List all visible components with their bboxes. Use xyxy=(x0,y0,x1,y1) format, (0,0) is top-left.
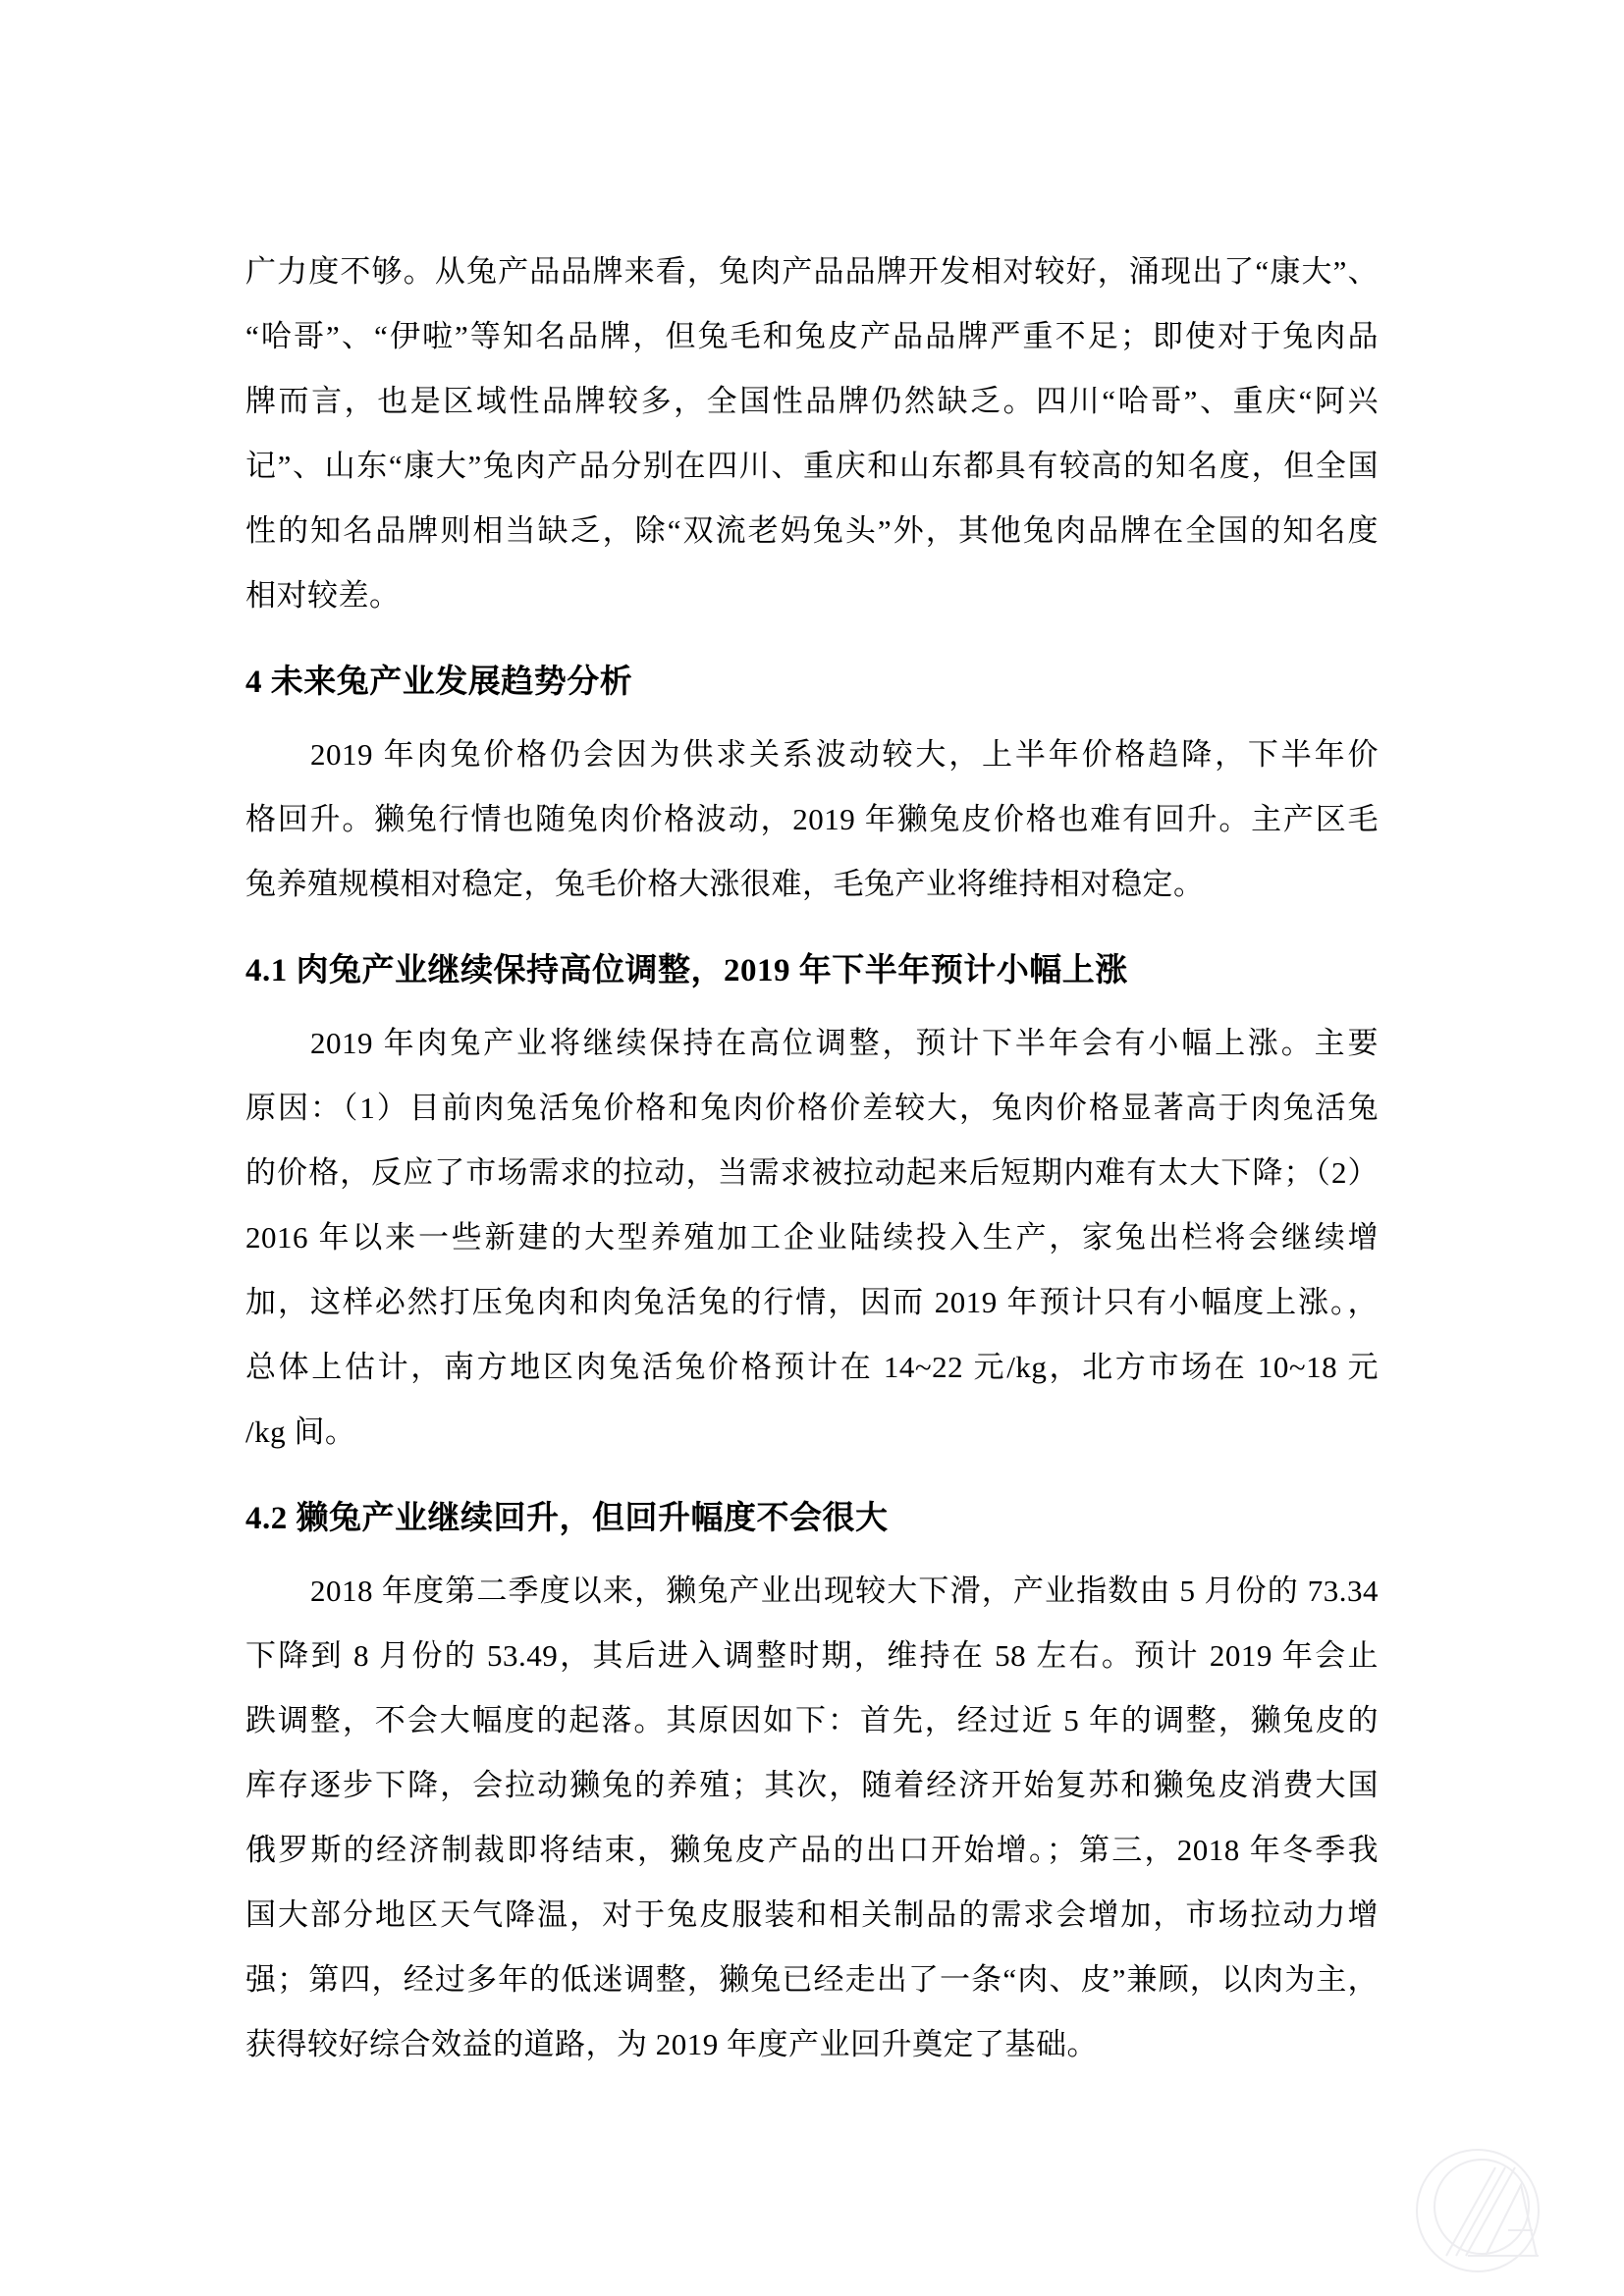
text-content: 广力度不够。从兔产品品牌来看，兔肉产品品牌开发相对较好，涌现出了“康大”、“哈哥… xyxy=(245,240,1379,2077)
text-line: 性的知名品牌则相当缺乏，除“双流老妈兔头”外，其他兔肉品牌在全国的知名度 xyxy=(245,499,1379,563)
text-line: 的价格，反应了市场需求的拉动，当需求被拉动起来后短期内难有太大下降；（2） xyxy=(245,1141,1379,1205)
body-paragraph: 广力度不够。从兔产品品牌来看，兔肉产品品牌开发相对较好，涌现出了“康大”、“哈哥… xyxy=(245,240,1379,628)
text-line: 获得较好综合效益的道路，为 2019 年度产业回升奠定了基础。 xyxy=(245,2012,1379,2077)
text-line: 兔养殖规模相对稳定，兔毛价格大涨很难，毛兔产业将维持相对稳定。 xyxy=(245,852,1379,917)
body-paragraph: 2019 年肉兔产业将继续保持在高位调整，预计下半年会有小幅上涨。主要原因：（1… xyxy=(245,1011,1379,1465)
text-line: 总体上估计，南方地区肉兔活兔价格预计在 14~22 元/kg，北方市场在 10~… xyxy=(245,1335,1379,1400)
watermark-logo-icon xyxy=(1411,2140,1548,2277)
text-line: 跌调整，不会大幅度的起落。其原因如下：首先，经过近 5 年的调整，獭兔皮的 xyxy=(245,1688,1379,1753)
text-line: 加，这样必然打压兔肉和肉兔活兔的行情，因而 2019 年预计只有小幅度上涨。， xyxy=(245,1270,1379,1335)
document-page: 广力度不够。从兔产品品牌来看，兔肉产品品牌开发相对较好，涌现出了“康大”、“哈哥… xyxy=(0,0,1624,2296)
body-paragraph: 2018 年度第二季度以来，獭兔产业出现较大下滑，产业指数由 5 月份的 73.… xyxy=(245,1559,1379,2077)
section-heading: 4.1 肉兔产业继续保持高位调整，2019 年下半年预计小幅上涨 xyxy=(245,938,1379,1003)
text-line: 强；第四，经过多年的低迷调整，獭兔已经走出了一条“肉、皮”兼顾，以肉为主， xyxy=(245,1948,1379,2012)
text-line: 2018 年度第二季度以来，獭兔产业出现较大下滑，产业指数由 5 月份的 73.… xyxy=(245,1559,1379,1624)
section-heading: 4.2 獭兔产业继续回升，但回升幅度不会很大 xyxy=(245,1486,1379,1551)
text-line: 2016 年以来一些新建的大型养殖加工企业陆续投入生产，家兔出栏将会继续增 xyxy=(245,1205,1379,1270)
text-line: 原因：（1）目前肉兔活兔价格和兔肉价格价差较大，兔肉价格显著高于肉兔活兔 xyxy=(245,1076,1379,1141)
text-line: 下降到 8 月份的 53.49，其后进入调整时期，维持在 58 左右。预计 20… xyxy=(245,1624,1379,1688)
text-line: 国大部分地区天气降温，对于兔皮服装和相关制品的需求会增加，市场拉动力增 xyxy=(245,1883,1379,1948)
text-line: 记”、山东“康大”兔肉产品分别在四川、重庆和山东都具有较高的知名度，但全国 xyxy=(245,434,1379,499)
text-line: 相对较差。 xyxy=(245,563,1379,628)
text-line: /kg 间。 xyxy=(245,1400,1379,1465)
text-line: “哈哥”、“伊啦”等知名品牌，但兔毛和兔皮产品品牌严重不足；即使对于兔肉品 xyxy=(245,304,1379,369)
body-paragraph: 2019 年肉兔价格仍会因为供求关系波动较大，上半年价格趋降，下半年价格回升。獭… xyxy=(245,722,1379,917)
text-line: 2019 年肉兔价格仍会因为供求关系波动较大，上半年价格趋降，下半年价 xyxy=(245,722,1379,787)
text-line: 库存逐步下降，会拉动獭兔的养殖；其次，随着经济开始复苏和獭兔皮消费大国 xyxy=(245,1753,1379,1818)
section-heading: 4 未来兔产业发展趋势分析 xyxy=(245,650,1379,715)
text-line: 牌而言，也是区域性品牌较多，全国性品牌仍然缺乏。四川“哈哥”、重庆“阿兴 xyxy=(245,369,1379,434)
text-line: 俄罗斯的经济制裁即将结束，獭兔皮产品的出口开始增。；第三，2018 年冬季我 xyxy=(245,1818,1379,1883)
text-line: 格回升。獭兔行情也随兔肉价格波动，2019 年獭兔皮价格也难有回升。主产区毛 xyxy=(245,787,1379,852)
text-line: 2019 年肉兔产业将继续保持在高位调整，预计下半年会有小幅上涨。主要 xyxy=(245,1011,1379,1076)
text-line: 广力度不够。从兔产品品牌来看，兔肉产品品牌开发相对较好，涌现出了“康大”、 xyxy=(245,240,1379,304)
